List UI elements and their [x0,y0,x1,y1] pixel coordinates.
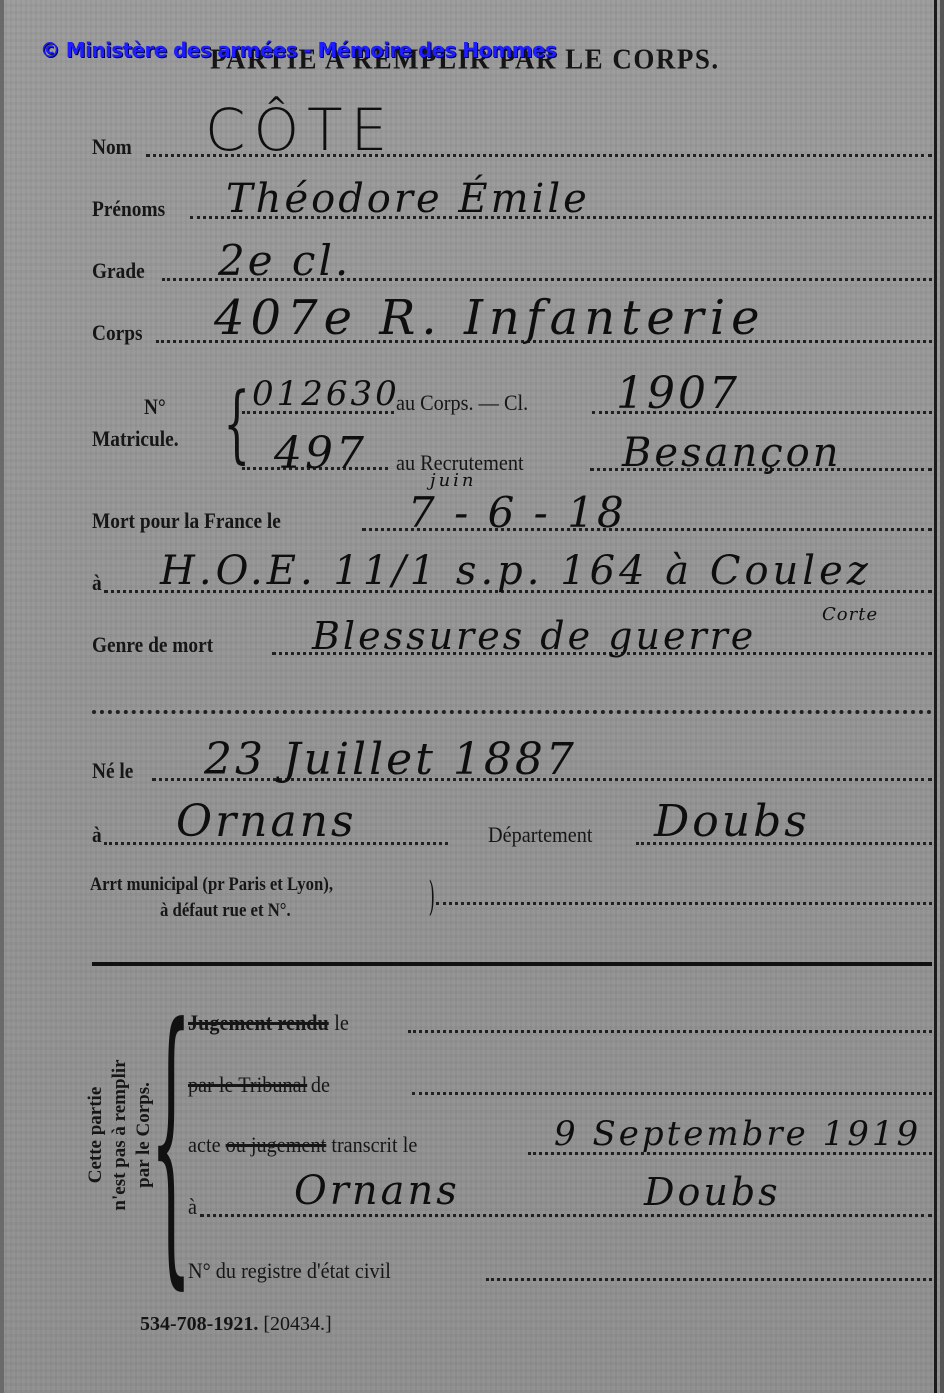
transcrit-label: acte ou jugement transcrit le [188,1132,417,1158]
corps-label: Corps [92,320,143,346]
grade-value: 2e cl. [218,236,351,285]
matricule-label-n: N° [144,394,166,420]
arrondissement-line [436,902,932,905]
copyright-watermark: © Ministère des armées - Mémoire des Hom… [40,38,556,62]
departement-value: Doubs [654,796,810,847]
print-reference: 534-708-1921. [20434.] [140,1313,332,1336]
transcrit-struck-label: ou jugement [226,1132,327,1157]
arrondissement-brace: ) [429,872,435,922]
card-right-border [934,0,937,1393]
ne-le-label: Né le [92,758,133,784]
jugement-le-label: le [334,1010,349,1035]
transcrit-lieu-value: Ornans [294,1168,460,1214]
mort-date-value: 7 - 6 - 18 [408,488,627,537]
side-note-line-1: Cette partie [84,1030,108,1240]
nom-value: CÔTE [205,96,395,164]
mort-lieu-value: H.O.E. 11/1 s.p. 164 à Coulez [160,548,872,594]
transcrit-le-label: transcrit le [331,1132,417,1157]
ne-le-value: 23 Juillet 1887 [204,734,577,785]
transcrit-lieu-line [200,1214,932,1217]
form-number: [20434.] [263,1313,331,1335]
corps-value: 407e R. Infanterie [214,290,766,346]
nom-label: Nom [92,134,132,160]
jugement-struck-label: Jugement rendu [188,1010,329,1035]
registre-line [486,1278,932,1281]
mort-date-annotation: juin [430,470,477,491]
transcrit-lieu-value-2: Doubs [644,1170,781,1214]
arrondissement-label-2: à défaut rue et N°. [160,900,291,922]
tribunal-struck-label: par le Tribunal [188,1072,307,1097]
ne-lieu-label: à [92,822,102,848]
ne-lieu-value: Ornans [176,796,357,847]
card-left-edge [0,0,4,1393]
tribunal-line [412,1092,932,1095]
genre-mort-label: Genre de mort [92,632,213,658]
jugement-label: Jugement rendule [188,1010,349,1036]
jugement-line [408,1030,932,1033]
departement-label: Département [488,822,593,848]
recrutement-place: Besançon [622,430,841,476]
matricule-corps-number: 012630 [252,374,400,414]
transcrit-value: 9 Septembre 1919 [554,1114,921,1154]
matricule-brace: { [223,378,250,468]
matricule-recrutement-number: 497 [274,428,367,479]
separator-solid [92,962,932,966]
matricule-label: Matricule. [92,426,179,452]
civil-section-side-note: Cette partie n'est pas à remplir par le … [84,1030,156,1240]
genre-mort-value: Blessures de guerre [312,614,756,658]
tribunal-de-label: de [311,1072,330,1097]
matricule-corps-label: au Corps. — Cl. [396,390,528,416]
civil-section-brace: { [150,990,192,1290]
transcrit-acte-label: acte [188,1132,221,1157]
classe-value: 1907 [616,368,740,419]
prenoms-label: Prénoms [92,196,165,222]
mort-lieu-annotation: Corte [822,604,878,625]
print-reference-code: 534-708-1921. [140,1313,258,1335]
grade-label: Grade [92,258,145,284]
separator-dotted [92,710,932,714]
card-right-edge [940,0,944,1393]
registre-label: N° du registre d'état civil [188,1258,391,1284]
transcrit-lieu-label: à [188,1194,197,1220]
side-note-line-2: n'est pas à remplir [108,1030,132,1240]
mort-date-label: Mort pour la France le [92,508,281,534]
mort-lieu-label: à [92,570,102,596]
tribunal-label: par le Tribunalde [188,1072,330,1098]
arrondissement-label-1: Arrt municipal (pr Paris et Lyon), [90,874,333,896]
prenoms-value: Théodore Émile [226,176,590,222]
